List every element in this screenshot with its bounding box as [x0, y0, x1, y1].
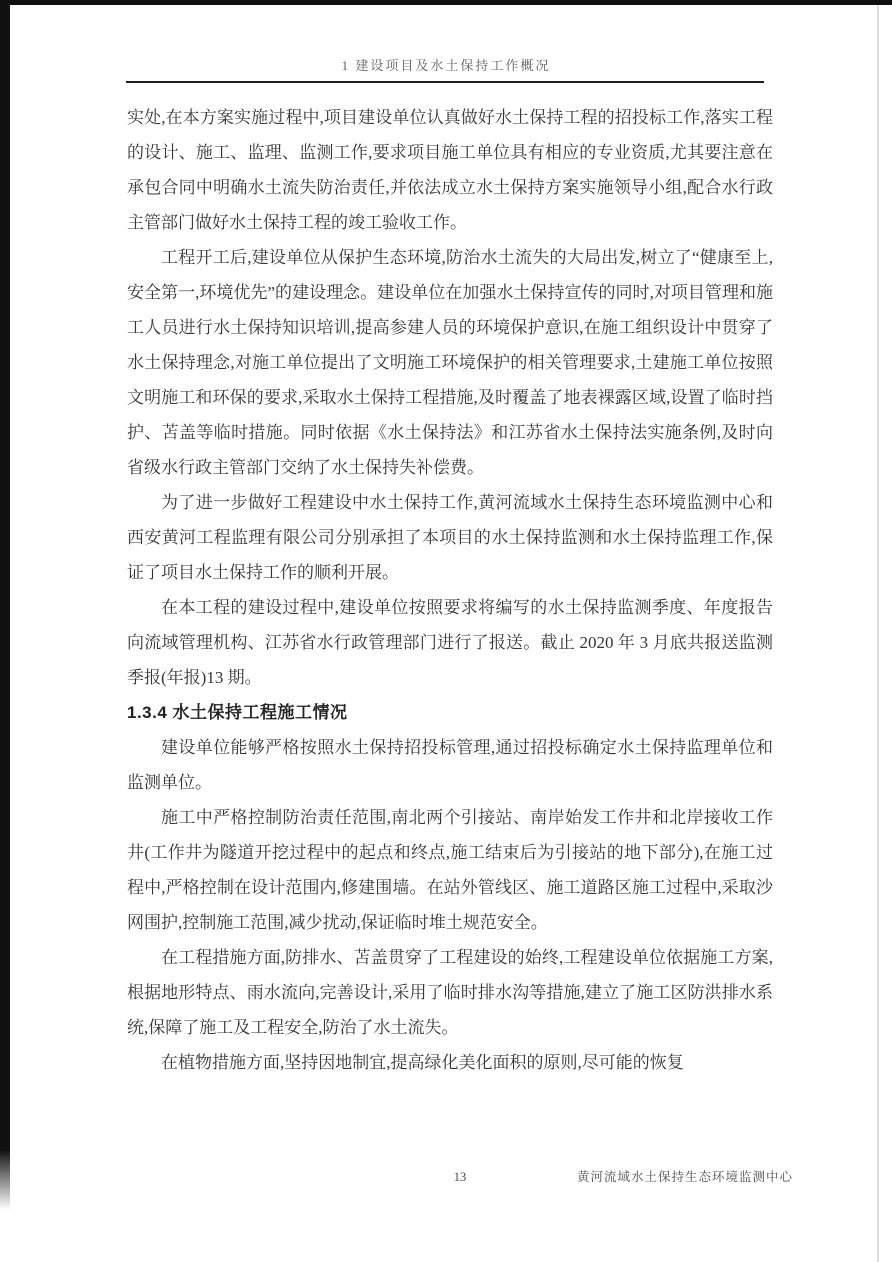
paragraph: 工程开工后,建设单位从保护生态环境,防治水土流失的大局出发,树立了“健康至上,安… — [127, 240, 773, 485]
page-number: 13 — [454, 1162, 467, 1192]
paragraph: 在工程措施方面,防排水、苫盖贯穿了工程建设的始终,工程建设单位依据施工方案,根据… — [127, 940, 773, 1045]
running-header-title: 1 建设项目及水土保持工作概况 — [0, 57, 892, 75]
scan-left-edge-artifact — [0, 0, 10, 1210]
scan-right-edge-shadow — [877, 5, 879, 1262]
page-footer: 13 黄河流域水土保持生态环境监测中心 — [127, 1162, 793, 1192]
scan-top-edge-artifact — [0, 0, 892, 5]
paragraph: 为了进一步做好工程建设中水土保持工作,黄河流域水土保持生态环境监测中心和西安黄河… — [127, 485, 773, 590]
paragraph: 在本工程的建设过程中,建设单位按照要求将编写的水土保持监测季度、年度报告向流域管… — [127, 590, 773, 695]
paragraph: 施工中严格控制防治责任范围,南北两个引接站、南岸始发工作井和北岸接收工作井(工作… — [127, 800, 773, 940]
paragraph: 在植物措施方面,坚持因地制宜,提高绿化美化面积的原则,尽可能的恢复 — [127, 1045, 773, 1080]
document-body: 实处,在本方案实施过程中,项目建设单位认真做好水土保持工程的招投标工作,落实工程… — [127, 100, 773, 1080]
paragraph: 建设单位能够严格按照水土保持招投标管理,通过招投标确定水土保持监理单位和监测单位… — [127, 730, 773, 800]
section-heading-1-3-4: 1.3.4 水土保持工程施工情况 — [127, 695, 773, 730]
footer-organization: 黄河流域水土保持生态环境监测中心 — [577, 1162, 793, 1192]
paragraph-continuation: 实处,在本方案实施过程中,项目建设单位认真做好水土保持工程的招投标工作,落实工程… — [127, 100, 773, 240]
header-rule — [126, 81, 764, 83]
